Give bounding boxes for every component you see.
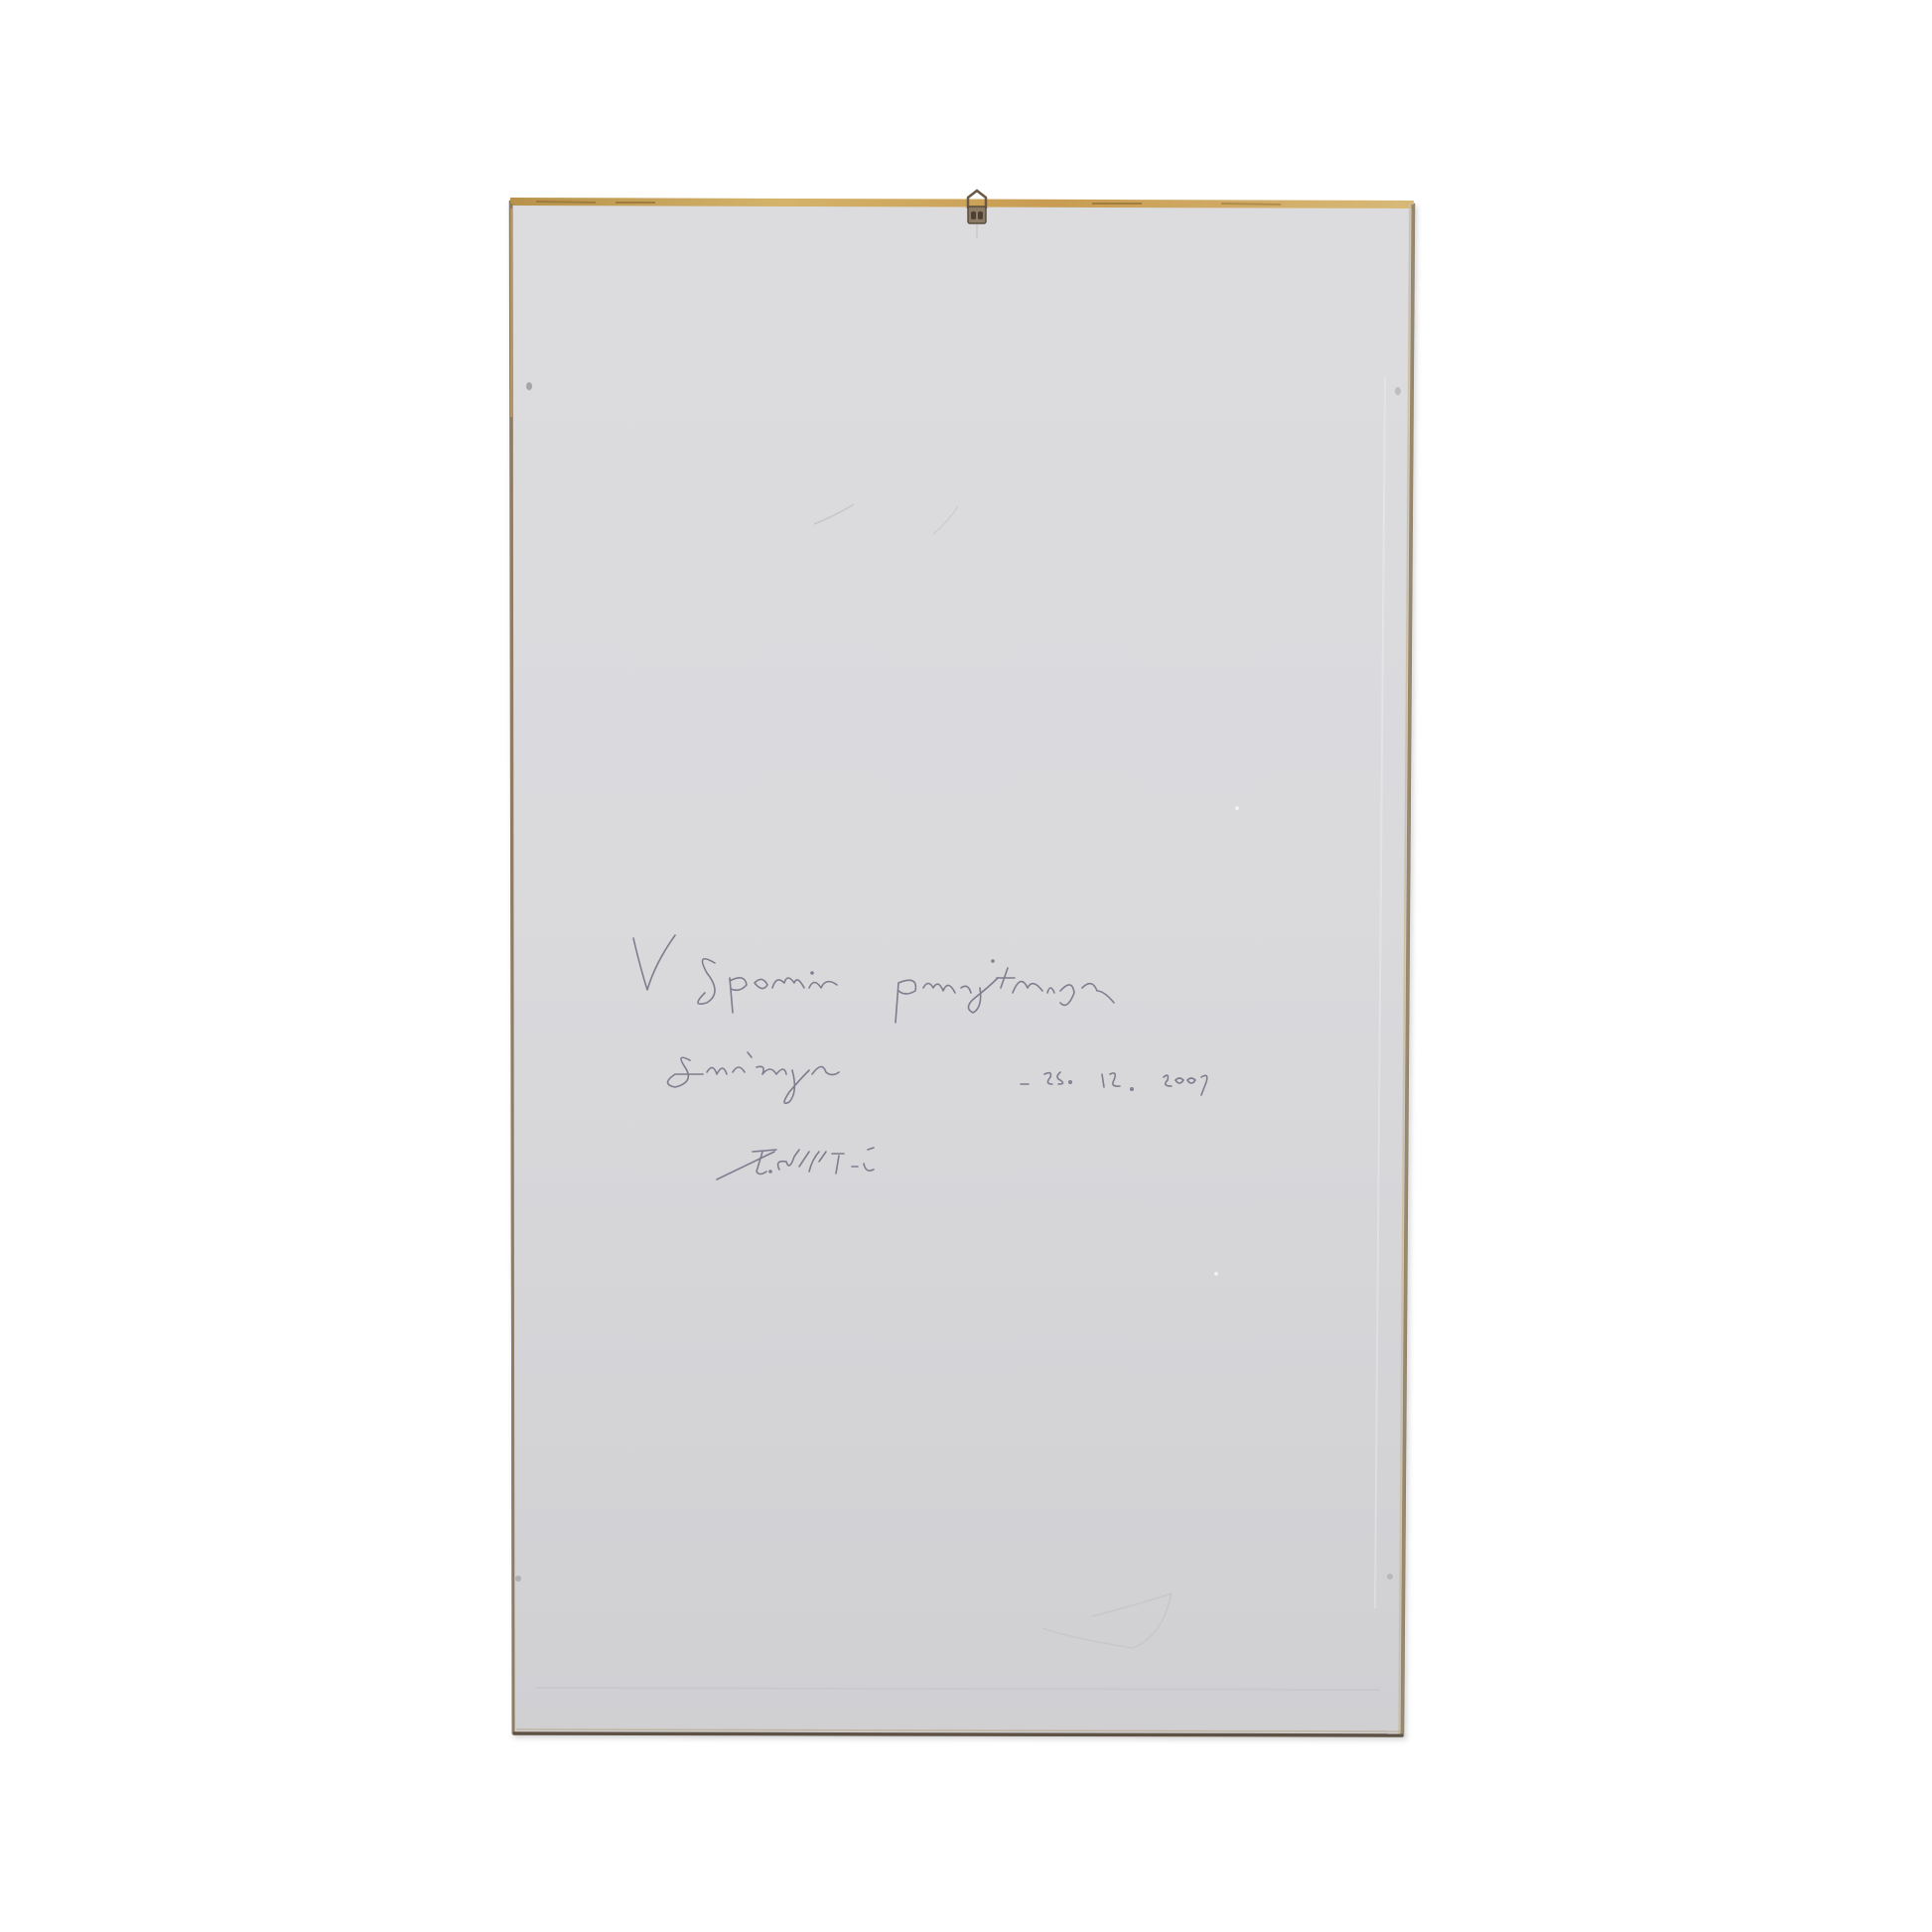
backing-board [510,202,1414,1735]
picture-frame-back [0,0,1932,1932]
frame-left-edge [511,204,513,1733]
photo-scene: V Spomin prijetnega Srečanja - 28. 12. 2… [0,0,1932,1932]
